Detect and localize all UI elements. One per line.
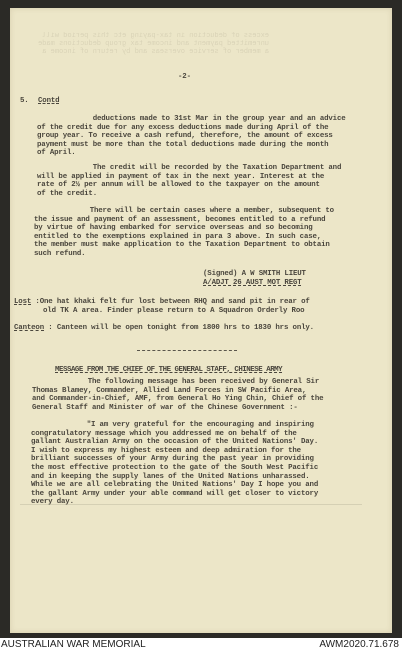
notice-canteen-label: Canteon	[14, 324, 44, 332]
message-title: MESSAGE FROM THE CHIEF OF THE GENERAL ST…	[55, 366, 282, 375]
fold-line	[20, 504, 362, 505]
message-quote: "I am very grateful for the encouraging …	[31, 421, 318, 507]
notice-lost: Lost :One hat khaki felt fur lost betwee…	[14, 298, 310, 307]
section-number: 5.	[20, 97, 29, 106]
notice-canteen: Canteon : Canteen will be open tonight f…	[14, 324, 314, 333]
document-page: excess of deduction in tax-paying etc th…	[10, 8, 392, 633]
signature-line-2: A/ADJT 26 AUST MOT REGT	[203, 279, 302, 288]
signature-line-1: (Signed) A W SMITH LIEUT	[203, 270, 306, 279]
notice-lost-label: Lost	[14, 298, 31, 306]
section-paragraph-2: The credit will be recorded by the Taxat…	[37, 164, 341, 198]
accession-number: AWM2020.71.678	[319, 639, 399, 650]
message-intro: The following message has been received …	[32, 378, 323, 412]
bleed-through-text: excess of deduction in tax-paying etc th…	[38, 32, 269, 56]
section-paragraph-1: deductions made to 31st Mar in the group…	[37, 115, 346, 158]
notice-lost-line-2: old TK A area. Finder please return to A…	[43, 307, 304, 316]
scan-background: excess of deduction in tax-paying etc th…	[0, 0, 402, 638]
page-number: -2-	[178, 73, 191, 82]
institution-label: AUSTRALIAN WAR MEMORIAL	[1, 639, 146, 650]
section-heading: Contd	[38, 97, 59, 106]
section-paragraph-3: There will be certain cases where a memb…	[34, 207, 334, 259]
section-divider	[137, 350, 237, 351]
